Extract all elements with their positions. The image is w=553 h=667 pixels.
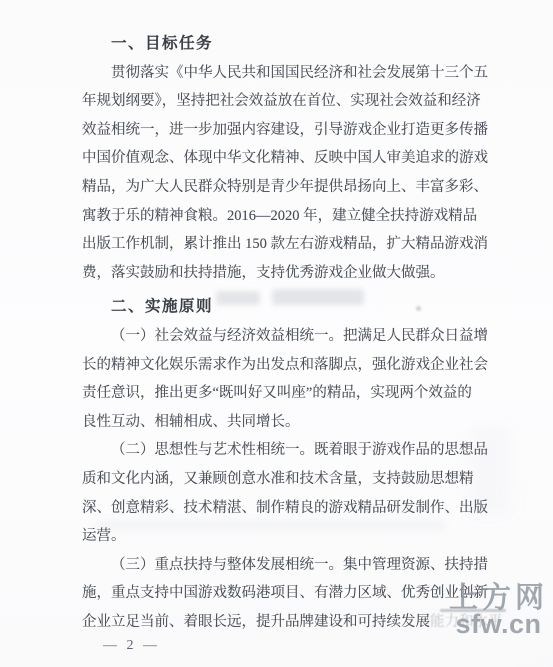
document-line: 精品，为广大人民群众特别是青少年提供昂扬向上、丰富多彩、: [82, 173, 486, 202]
document-line: 企业立足当前、着眼长远，提升品牌建设和可持续发展能力和水平: [82, 608, 486, 637]
section-heading: 一、目标任务: [82, 30, 486, 59]
document-line: （一）社会效益与经济效益相统一。把满足人民群众日益增: [82, 322, 486, 351]
document-line: 深、创意精彩、技术精湛、制作精良的游戏精品研发制作、出版: [82, 494, 486, 523]
document-line: 施，重点支持中国游戏数码港项目、有潜力区域、优秀创业创新: [82, 579, 486, 608]
document-body: 一、目标任务贯彻落实《中华人民共和国国民经济和社会发展第十三个五年规划纲要》，坚…: [82, 30, 486, 636]
document-line: 质和文化内涵，又兼顾创意水准和技术含量，支持鼓励思想精: [82, 465, 486, 494]
section-heading: 二、实施原则: [82, 293, 486, 322]
scanned-document-page: 一、目标任务贯彻落实《中华人民共和国国民经济和社会发展第十三个五年规划纲要》，坚…: [0, 0, 553, 667]
obscured-text: 能力和水平: [430, 614, 503, 630]
document-line: 责任意识，推出更多“既叫好又叫座”的精品，实现两个效益的: [82, 379, 486, 408]
document-line: 良性互动、相辅相成、共同增长。: [82, 408, 486, 437]
document-line: 年规划纲要》，坚持把社会效益放在首位、实现社会效益和经济: [82, 87, 486, 116]
document-line: 长的精神文化娱乐需求作为出发点和落脚点，强化游戏企业社会: [82, 351, 486, 380]
document-line: 效益相统一，进一步加强内容建设，引导游戏企业打造更多传播: [82, 116, 486, 145]
document-line: （三）重点扶持与整体发展相统一。集中管理资源、扶持措: [82, 551, 486, 580]
document-line: （二）思想性与艺术性相统一。既着眼于游戏作品的思想品: [82, 436, 486, 465]
document-line: 寓教于乐的精神食粮。2016—2020 年，建立健全扶持游戏精品: [82, 202, 486, 231]
document-line: 运营。: [82, 522, 486, 551]
document-line: 贯彻落实《中华人民共和国国民经济和社会发展第十三个五: [82, 59, 486, 88]
document-line: 出版工作机制，累计推出 150 款左右游戏精品，扩大精品游戏消: [82, 230, 486, 259]
page-number: — 2 —: [103, 638, 160, 654]
document-line: 中国价值观念、体现中华文化精神、反映中国人审美追求的游戏: [82, 144, 486, 173]
document-line: 费，落实鼓励和扶持措施，支持优秀游戏企业做大做强。: [82, 259, 486, 288]
